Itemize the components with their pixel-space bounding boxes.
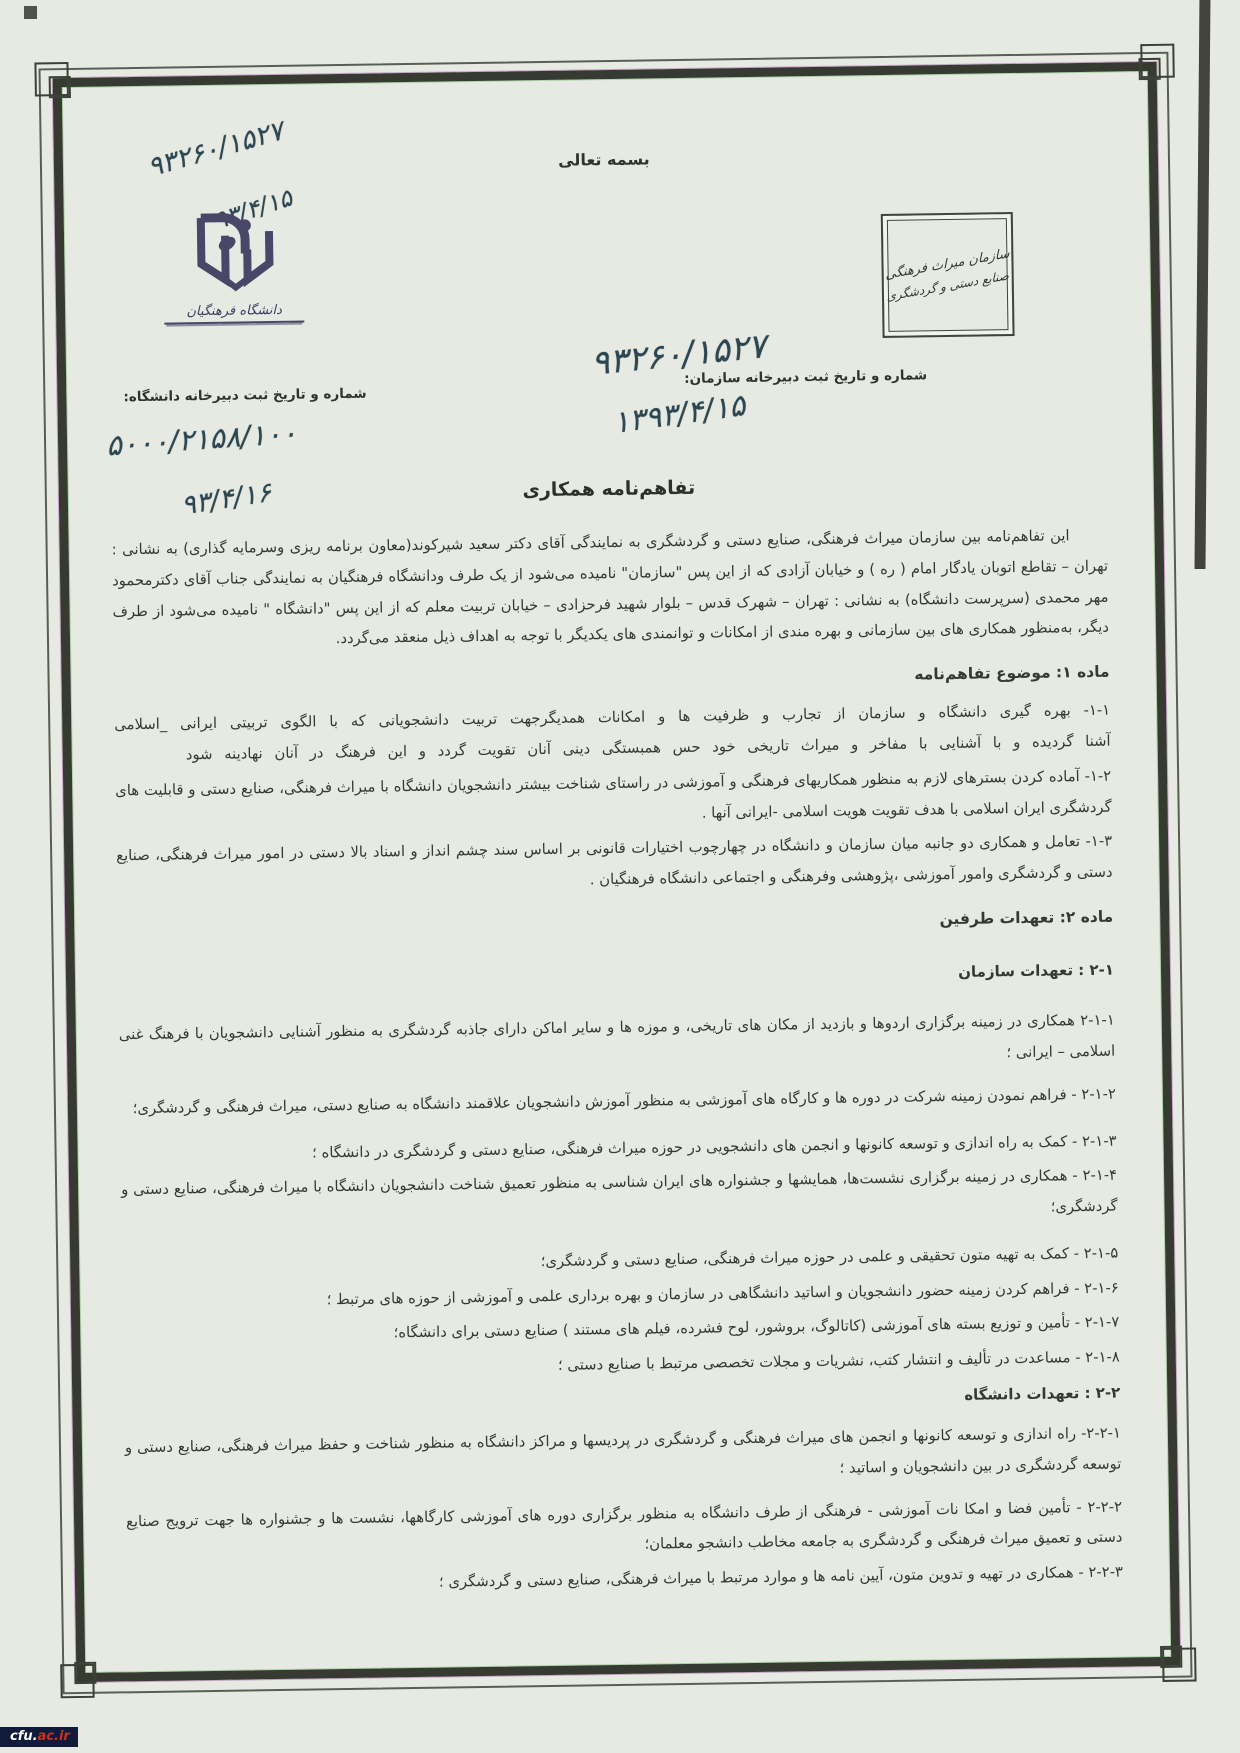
site-watermark: cfu.ac.ir (0, 1727, 78, 1747)
document-sheet: بسمه تعالی ۹۳۲۶۰/۱۵۲۷ ۹۳/۴/۱۵ دانشگاه فر… (26, 28, 1203, 1717)
university-obligation-item-2: ۲-۲-۲ - تأمین فضا و امکا نات آموزشی - فر… (126, 1492, 1123, 1568)
document-title: تفاهم‌نامه همکاری (89, 470, 1129, 507)
watermark-suffix: ac.ir (38, 1729, 70, 1744)
org-obligations-heading: ۲-۱ : تعهدات سازمان (118, 955, 1114, 1001)
scanned-document-page: بسمه تعالی ۹۳۲۶۰/۱۵۲۷ ۹۳/۴/۱۵ دانشگاه فر… (0, 0, 1240, 1753)
university-registry-label: شماره و تاریخ ثبت دبیرخانه دانشگاه: (123, 386, 366, 406)
frame-corner-ornament (1140, 44, 1175, 79)
university-logo-caption: دانشگاه فرهنگیان (164, 303, 304, 325)
scan-edge-artifact (1194, 0, 1210, 569)
frame-corner-ornament (34, 62, 69, 97)
article1-heading: ماده ۱: موضوع تفاهم‌نامه (113, 656, 1109, 703)
frame-corner-ornament (60, 1664, 95, 1699)
org-obligation-item-2: ۲-۱-۲ - فراهم نمودن زمینه شرکت در دوره ه… (120, 1079, 1116, 1125)
document-body: این تفاهم‌نامه بین سازمان میراث فرهنگی، … (111, 521, 1123, 1608)
university-emblem-icon (181, 203, 286, 301)
scan-corner-artifact (24, 6, 37, 19)
organization-stamp: سازمان میراث فرهنگی صنایع دستی و گردشگری (881, 212, 1015, 338)
watermark-prefix: cfu. (10, 1729, 38, 1744)
university-logo: دانشگاه فرهنگیان (163, 203, 305, 325)
org-obligation-item-4: ۲-۱-۴ - همکاری در زمینه برگزاری نشست‌ها،… (121, 1161, 1118, 1237)
article1-item-1: ۱-۱- بهره گیری دانشگاه و سازمان از تجارب… (114, 696, 1111, 772)
article1-item-2: ۱-۲- آماده کردن بسترهای لازم به منظور هم… (115, 761, 1112, 837)
document-content: بسمه تعالی ۹۳۲۶۰/۱۵۲۷ ۹۳/۴/۱۵ دانشگاه فر… (83, 72, 1146, 1671)
frame-corner-ornament (1162, 1647, 1197, 1682)
university-registry-number: ۵۰۰۰/۲۱۵۸/۱۰۰ (105, 416, 298, 463)
university-obligation-item-1: ۲-۲-۱- راه اندازی و توسعه کانونها و انجم… (125, 1419, 1122, 1495)
article2-heading: ماده ۲: تعهدات طرفین (117, 900, 1113, 947)
org-registry-date: ۱۳۹۳/۴/۱۵ (611, 388, 748, 441)
org-obligation-item-1: ۲-۱-۱ همکاری در زمینه برگزاری اردوها و ب… (119, 1006, 1116, 1082)
article1-item-3: ۱-۳- تعامل و همکاری دو جانبه میان سازمان… (116, 827, 1113, 903)
intro-paragraph: این تفاهم‌نامه بین سازمان میراث فرهنگی، … (111, 521, 1109, 659)
